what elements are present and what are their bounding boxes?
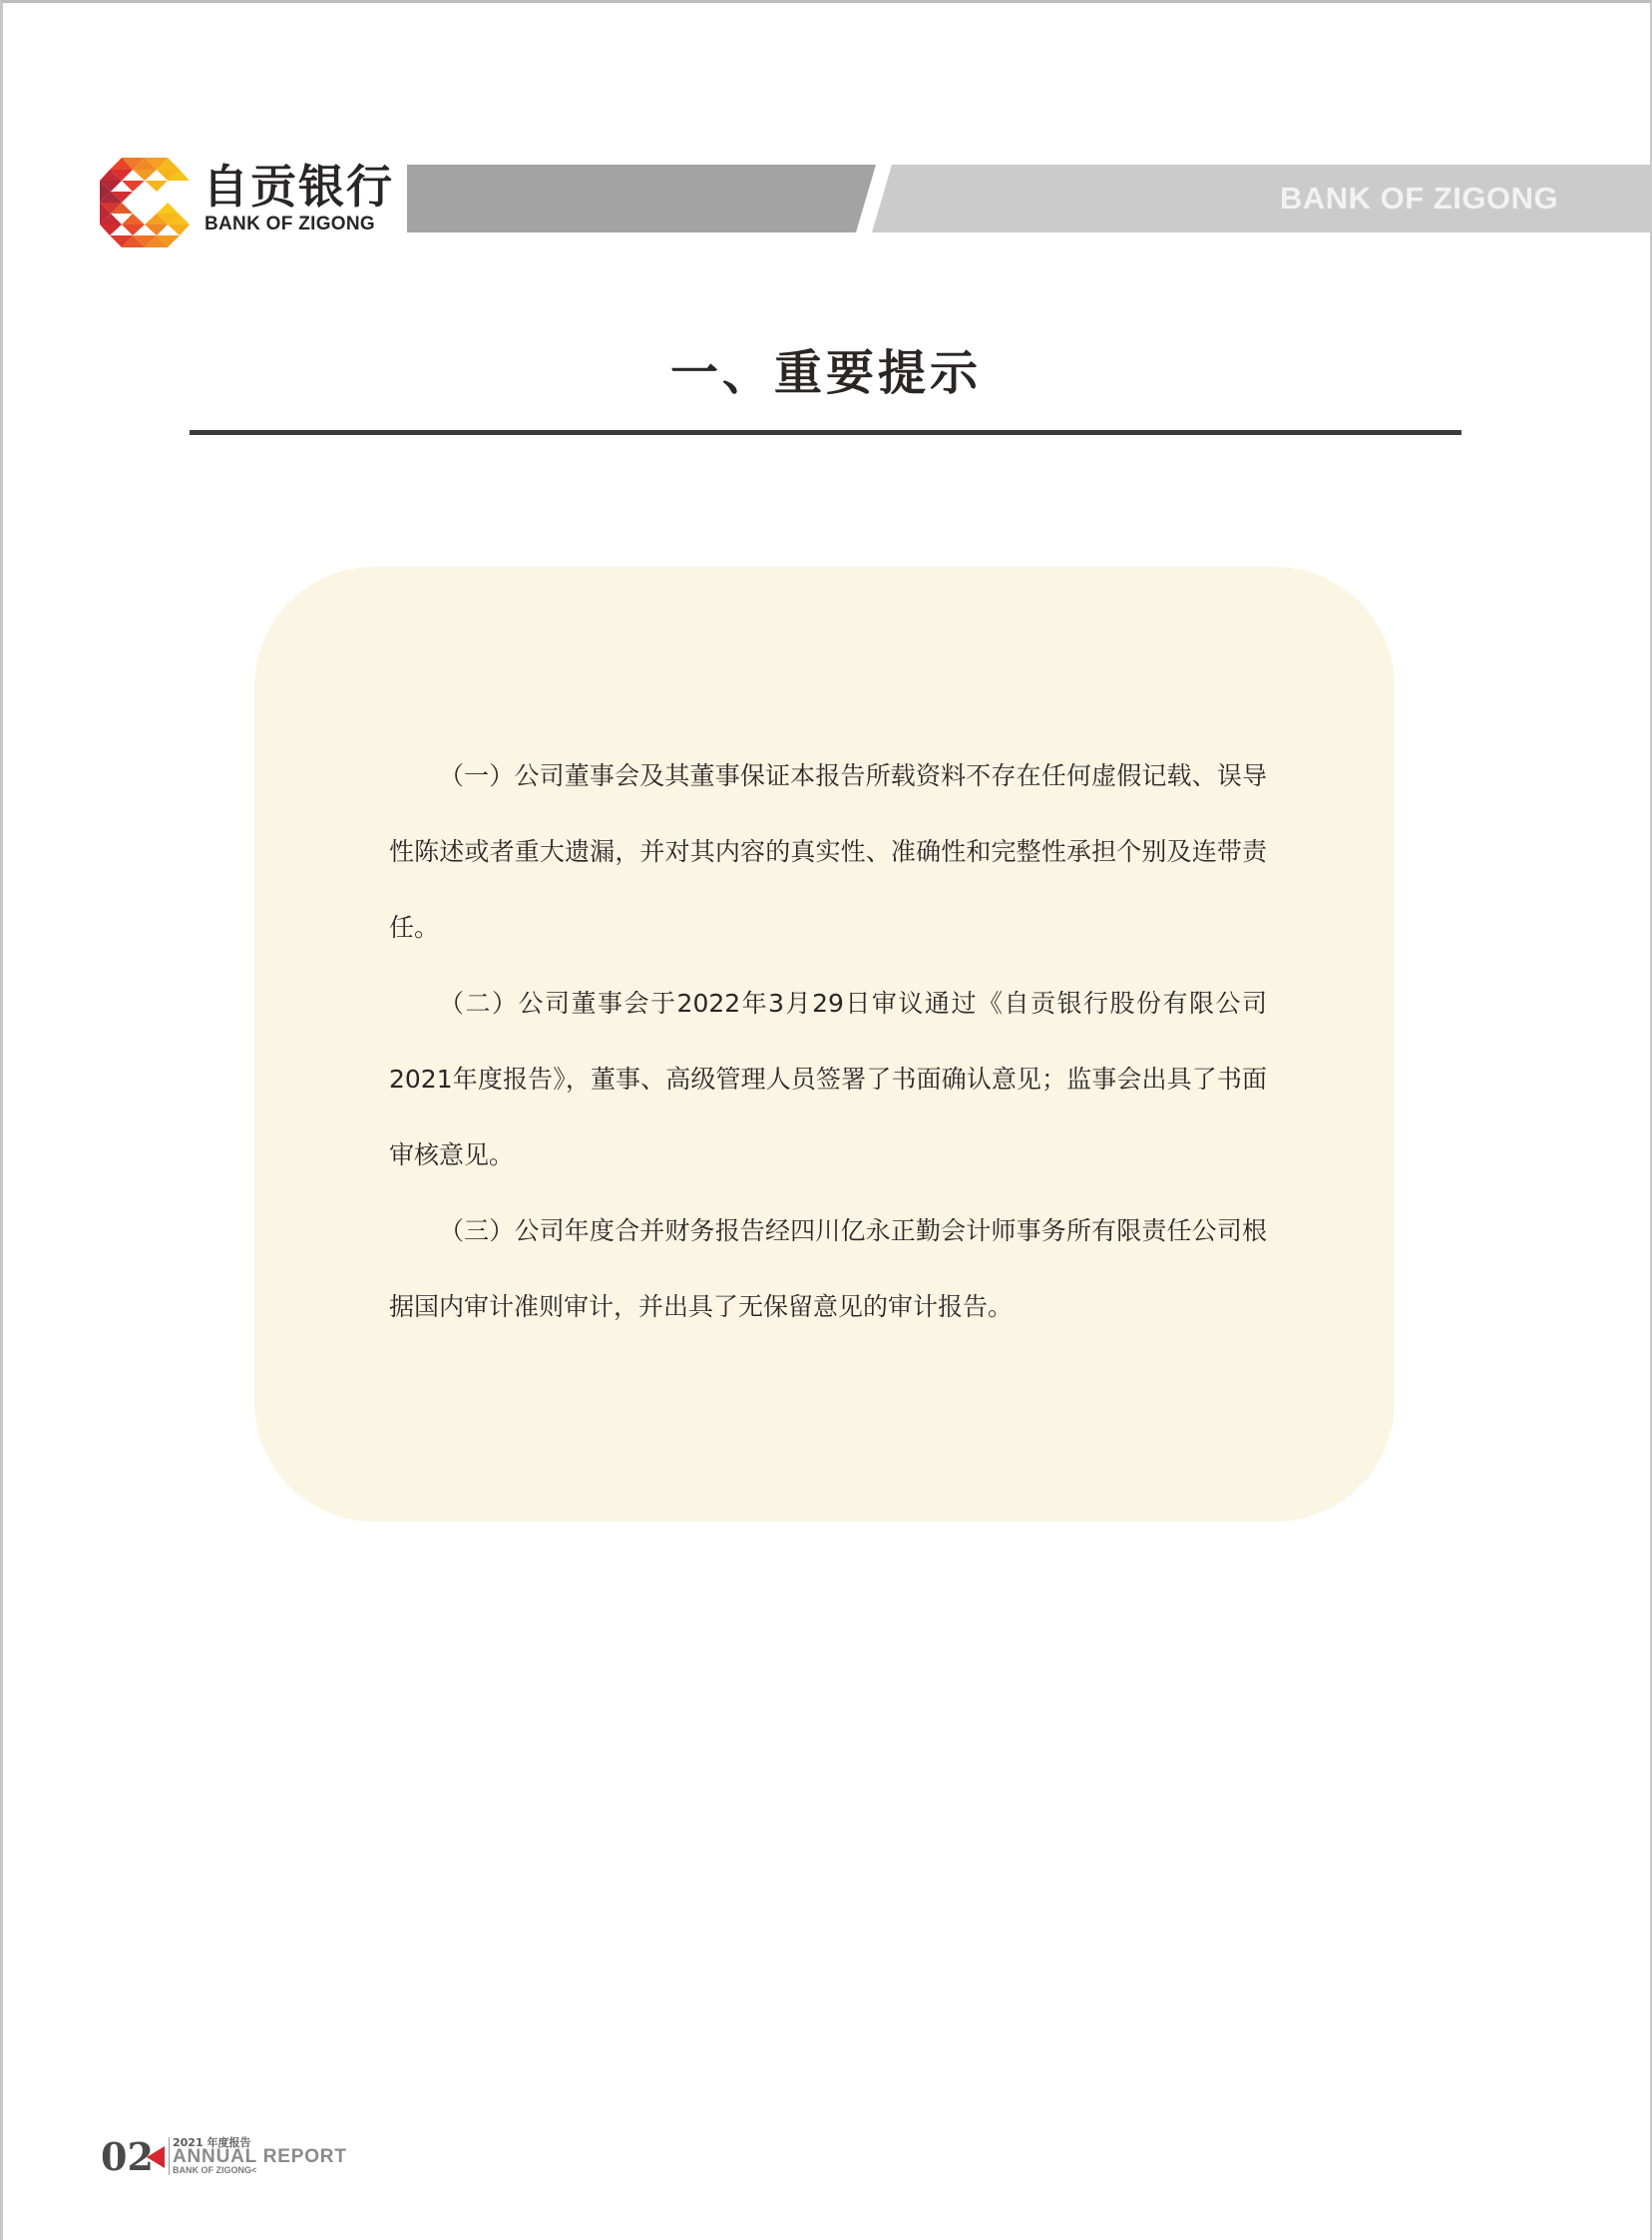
section-title: 一、重要提示 [0,343,1652,403]
footer-bank-name: BANK OF ZIGONG< [173,2165,256,2176]
notice-paragraph-3: （三）公司年度合并财务报告经四川亿永正勤会计师事务所有限责任公司根据国内审计准则… [389,1193,1267,1345]
notice-paragraph-2: （二）公司董事会于2022年3月29日审议通过《自贡银行股份有限公司2021年度… [389,966,1267,1193]
page-number: 02 [101,2135,154,2179]
brand-name-en: BANK OF ZIGONG [205,214,375,235]
notice-paragraph-1: （一）公司董事会及其董事保证本报告所载资料不存在任何虚假记载、误导性陈述或者重大… [389,738,1267,966]
header-band-text: BANK OF ZIGONG [1280,181,1558,217]
title-divider [190,430,1461,435]
triangle-left-icon [147,2146,165,2172]
footer-divider [169,2137,170,2175]
footer-report-title: ANNUAL REPORT [173,2147,347,2167]
brand-name-cn: 自贡银行 [203,160,394,214]
bank-logo-icon [100,158,190,247]
notice-text: （一）公司董事会及其董事保证本报告所载资料不存在任何虚假记载、误导性陈述或者重大… [389,738,1267,1345]
